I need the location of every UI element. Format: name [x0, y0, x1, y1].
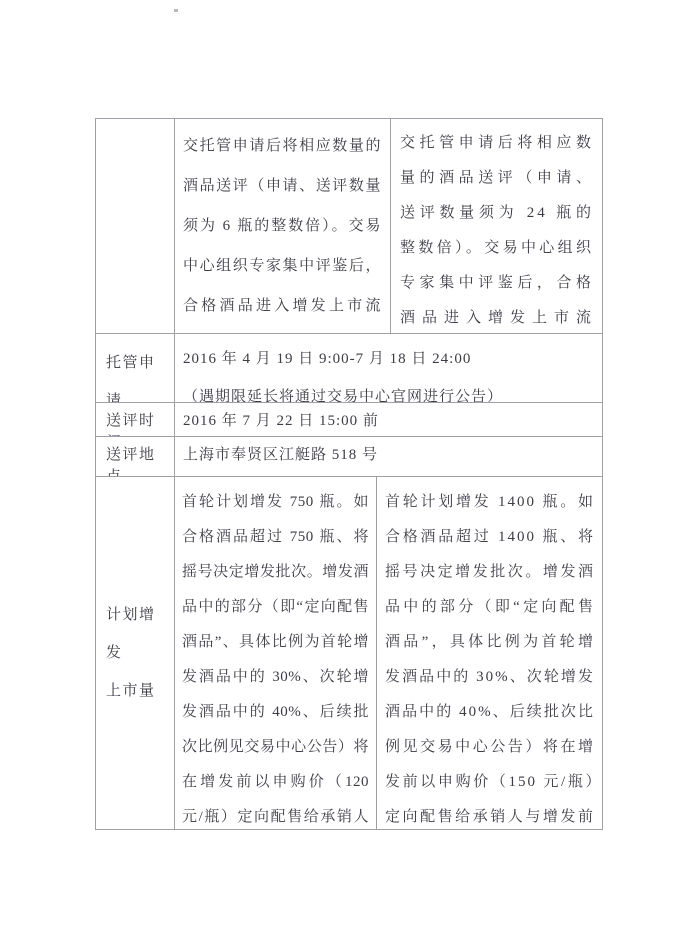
cell-evaluation-location-value: 上海市奉贤区江艇路 518 号: [175, 437, 602, 476]
table-row-evaluation-location: 送评地点 上海市奉贤区江艇路 518 号: [96, 437, 602, 477]
scanned-document-page: { "page": { "background": "#ffffff", "te…: [0, 0, 680, 941]
cell-plan-a-submission: 交托管申请后将相应数量的酒品送评（申请、送评数量须为 6 瓶的整数倍）。交易中心…: [175, 119, 391, 333]
cell-plan-b-issuance: 首轮计划增发 1400 瓶。如合格酒品超过 1400 瓶、将摇号决定增发批次。增…: [377, 477, 602, 829]
cell-custody-time-value: 2016 年 4 月 19 日 9:00-7 月 18 日 24:00 （遇期限…: [175, 334, 602, 402]
row-label-empty: [96, 119, 175, 333]
cell-plan-b-submission: 交托管申请后将相应数量的酒品送评（申请、送评数量须为 24 瓶的整数倍）。交易中…: [391, 119, 602, 333]
cell-evaluation-time-value: 2016 年 7 月 22 日 15:00 前: [175, 403, 602, 436]
row-label-custody-time: 托管申请 时间: [96, 334, 175, 402]
offering-info-table: 交托管申请后将相应数量的酒品送评（申请、送评数量须为 6 瓶的整数倍）。交易中心…: [95, 118, 603, 830]
table-row-planned-issuance: 计划增发 上市量 首轮计划增发 750 瓶。如合格酒品超过 750 瓶、将摇号决…: [96, 477, 602, 829]
table-row-submission: 交托管申请后将相应数量的酒品送评（申请、送评数量须为 6 瓶的整数倍）。交易中心…: [96, 119, 602, 334]
row-label-evaluation-location: 送评地点: [96, 437, 175, 476]
table-row-evaluation-time: 送评时间 2016 年 7 月 22 日 15:00 前: [96, 403, 602, 437]
row-label-planned-issuance: 计划增发 上市量: [96, 477, 175, 829]
scan-speck: [174, 9, 178, 12]
row-label-evaluation-time: 送评时间: [96, 403, 175, 436]
cell-plan-a-issuance: 首轮计划增发 750 瓶。如合格酒品超过 750 瓶、将摇号决定增发批次。增发酒…: [175, 477, 377, 829]
table-row-custody-time: 托管申请 时间 2016 年 4 月 19 日 9:00-7 月 18 日 24…: [96, 334, 602, 403]
